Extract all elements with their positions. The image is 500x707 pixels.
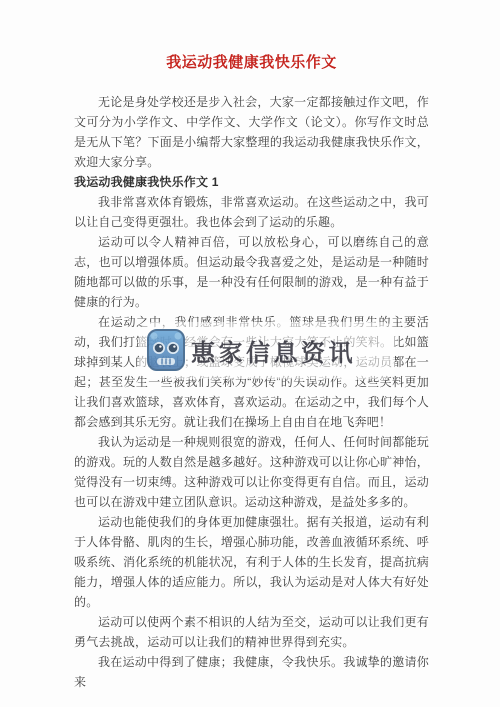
robot-icon [147, 329, 185, 371]
paragraph: 运动可以使两个素不相识的人结为至交，运动可以让我们更有勇气去挑战，运动可以让我们… [74, 612, 429, 652]
watermark: 惠家信息资讯 [139, 322, 395, 379]
article-title: 我运动我健康我快乐作文 [74, 51, 429, 72]
paragraph: 运动可以令人精神百倍，可以放松身心，可以磨练自己的意志，也可以增强体质。但运动最… [74, 232, 429, 312]
document-page: 我运动我健康我快乐作文 无论是身处学校还是步入社会，大家一定都接触过作文吧，作文… [0, 0, 500, 707]
paragraph: 我在运动中得到了健康；我健康，令我快乐。我诚挚的邀请你来 [74, 652, 429, 692]
paragraph: 运动也能使我们的身体更加健康强壮。据有关报道，运动有利于人体骨骼、肌肉的生长，增… [74, 512, 429, 612]
watermark-text: 惠家信息资讯 [191, 333, 356, 368]
intro-paragraph: 无论是身处学校还是步入社会，大家一定都接触过作文吧，作文可分为小学作文、中学作文… [74, 92, 429, 172]
paragraph: 我非常喜欢体育锻炼，非常喜欢运动。在这些运动之中，我可以让自己变得更强壮。我也体… [74, 192, 429, 232]
section-heading: 我运动我健康我快乐作文 1 [74, 172, 429, 192]
paragraph: 我认为运动是一种规则很宽的游戏，任何人、任何时间都能玩的游戏。玩的人数自然是越多… [74, 432, 429, 512]
